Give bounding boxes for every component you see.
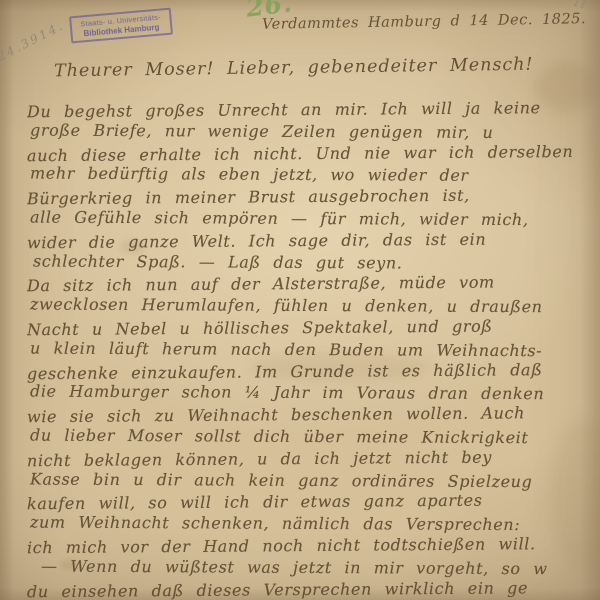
- letter-line: große Briefe, nur wenige Zeilen genügen …: [30, 119, 595, 144]
- letter-line: nicht beklagen können, u da ich jetzt ni…: [27, 446, 595, 472]
- letter-body: Du begehst großes Unrecht an mir. Ich wi…: [27, 99, 595, 600]
- letter-line: du einsehen daß dieses Versprechen wirkl…: [27, 576, 595, 600]
- letter-dateline: Verdammtes Hamburg d 14 Dec. 1825.: [262, 11, 586, 33]
- pencil-corner-mark: 11: [572, 0, 589, 12]
- letter-line: u klein läuft herum nach den Buden um We…: [30, 337, 595, 362]
- letter-line: wider die ganze Welt. Ich sage dir, das …: [27, 228, 595, 254]
- library-stamp: Staats- u. Universitäts- Bibliothek Hamb…: [69, 8, 173, 44]
- accession-number-note: 24.3914.: [0, 18, 67, 64]
- letter-line: — Wenn du wüßtest was jetzt in mir vorge…: [41, 555, 595, 580]
- manuscript-letter-scan: 24.3914. Staats- u. Universitäts- Biblio…: [0, 0, 600, 600]
- letter-salutation: Theurer Moser! Lieber, gebenedeiter Mens…: [54, 55, 534, 82]
